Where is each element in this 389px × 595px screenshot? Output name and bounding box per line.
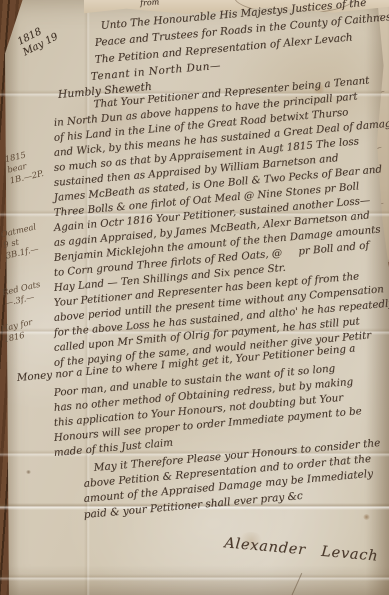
petition-prayer: May it Therefore Please your Honours to … xyxy=(84,461,382,523)
document-photo: from 1818 May 19 Unto The Honourable His… xyxy=(0,0,389,595)
petition-body: That Your Petitioner and Representer bei… xyxy=(54,101,389,461)
fragment-text: from xyxy=(140,0,160,8)
